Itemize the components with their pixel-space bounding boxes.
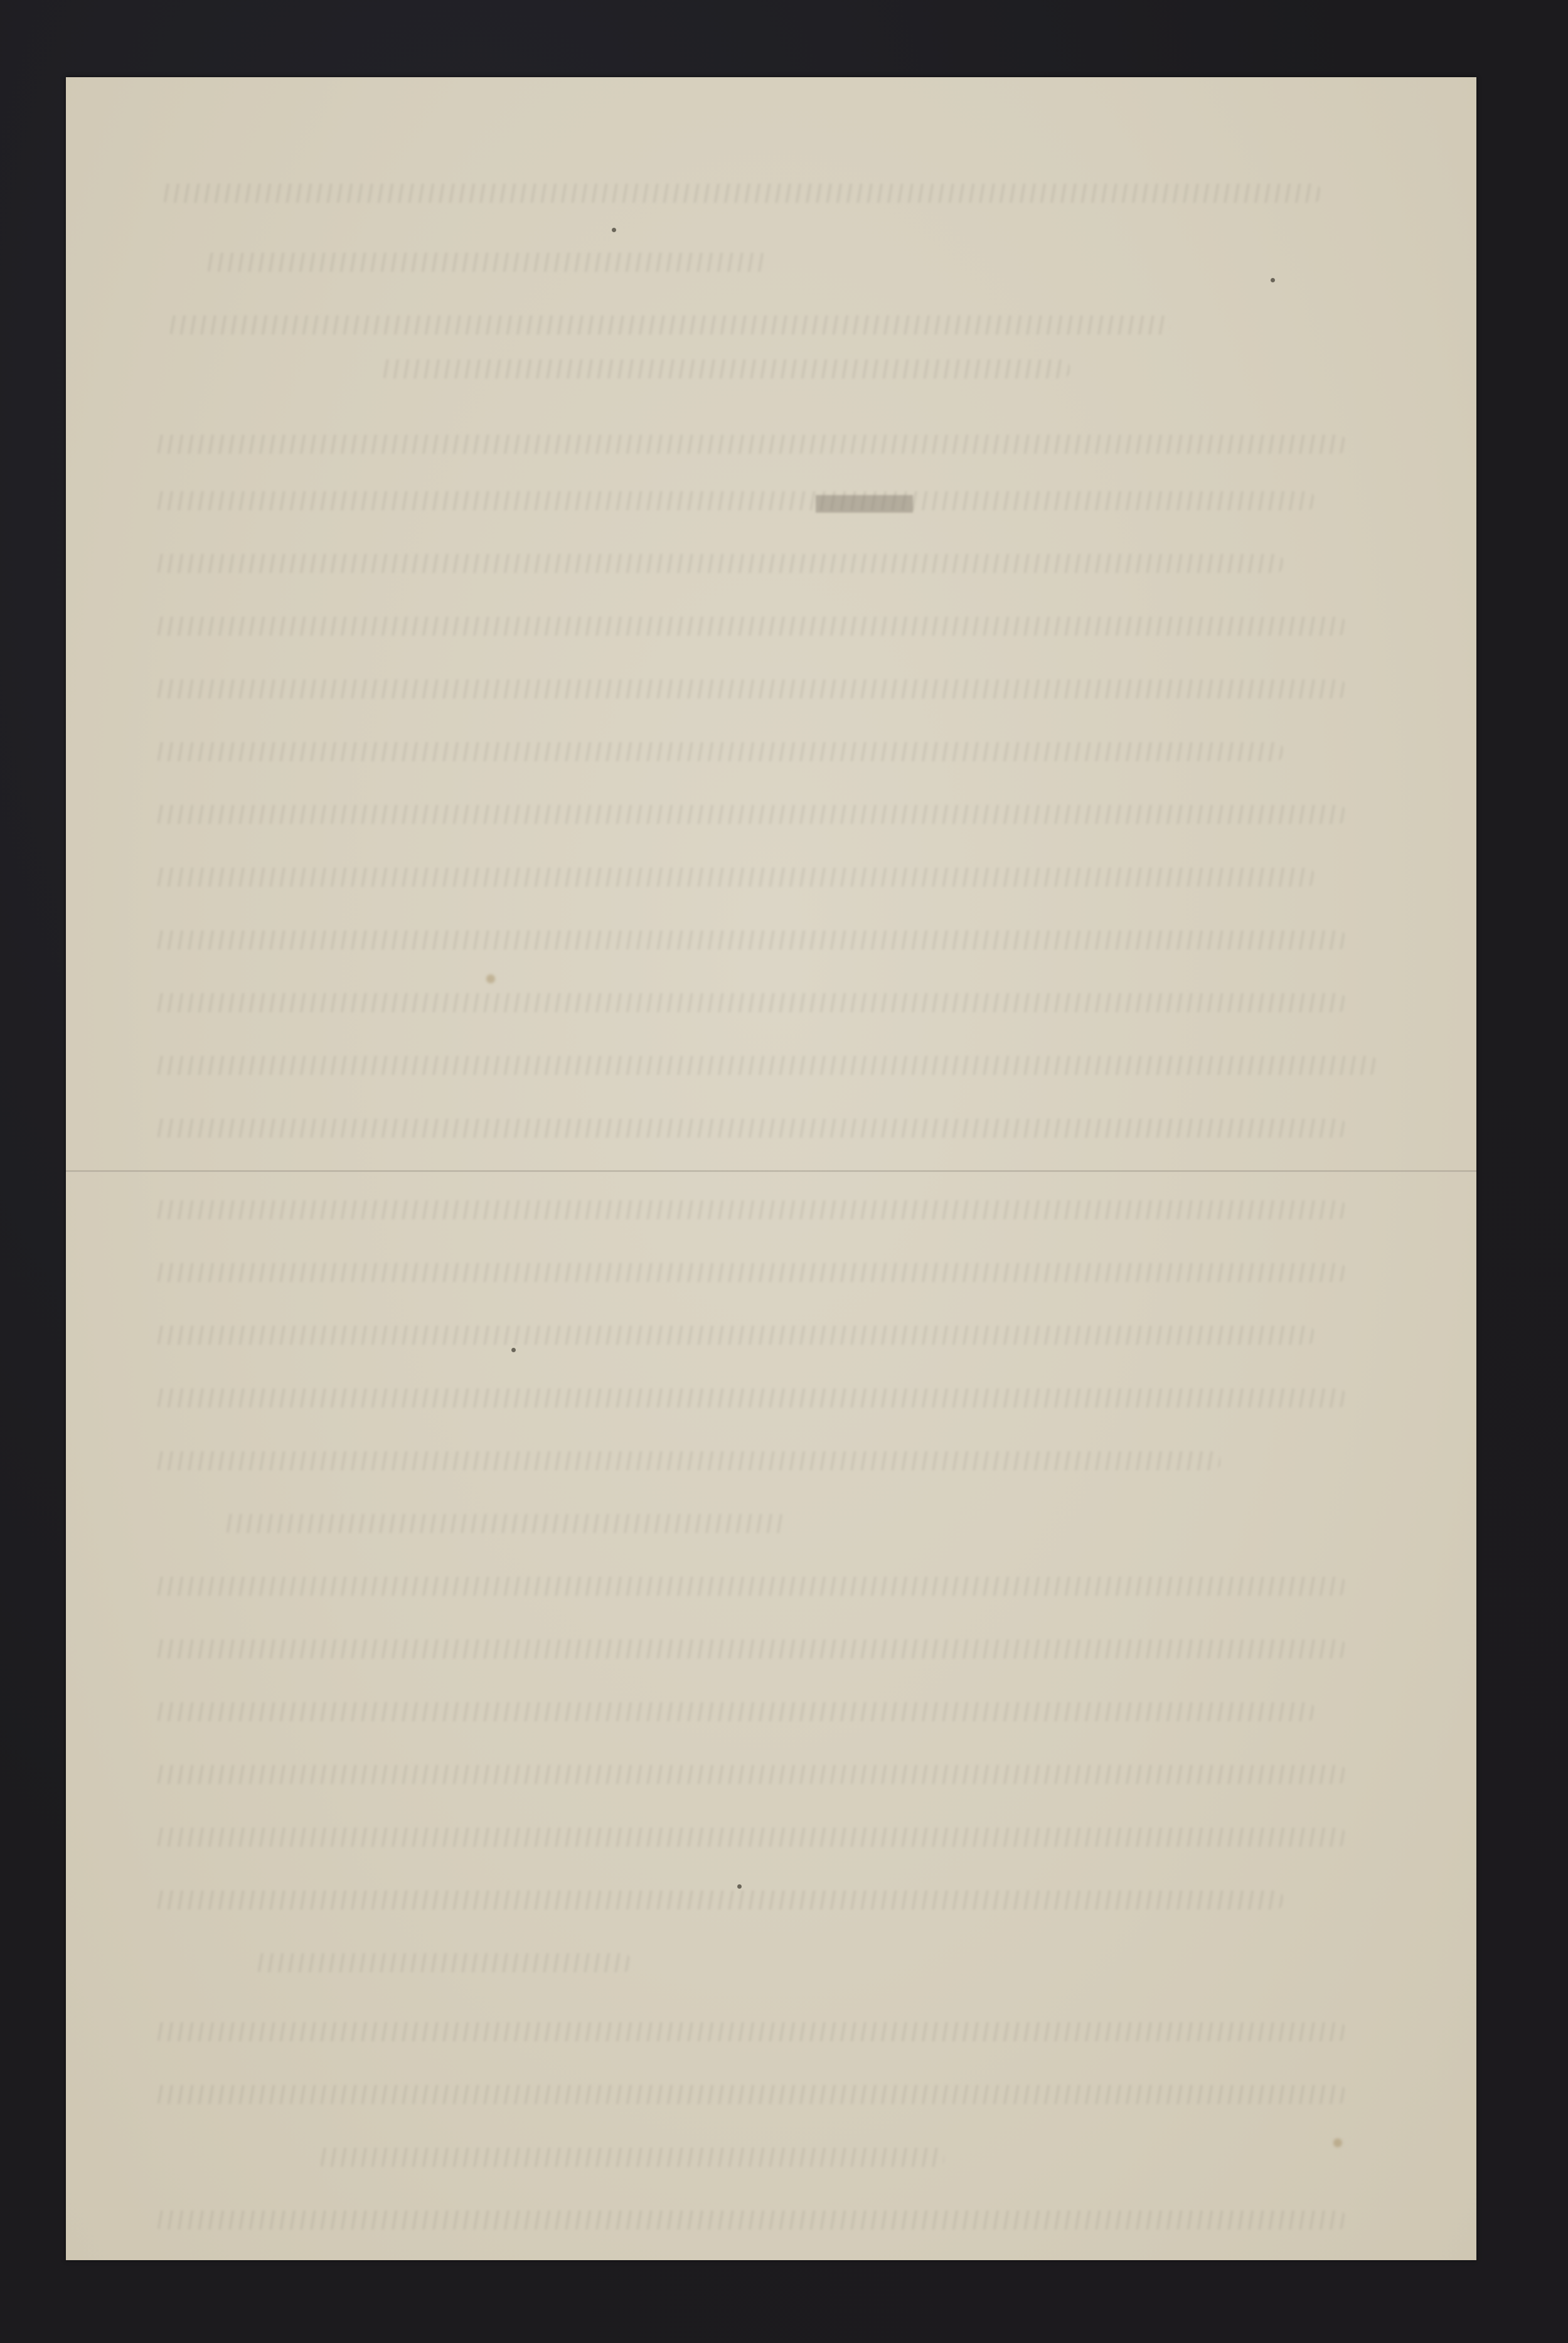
bleed-through-line — [154, 805, 1346, 824]
bleed-through-line — [154, 1891, 1283, 1909]
ink-speck — [612, 228, 616, 232]
foxing-stain — [1333, 2138, 1342, 2147]
page-description: Blank side of a folded handwritten lette… — [66, 77, 67, 78]
ink-speck — [511, 1348, 516, 1352]
bleed-through-line — [154, 1056, 1377, 1075]
bleed-through-line — [154, 2211, 1346, 2229]
bleed-through-line — [154, 680, 1346, 698]
bleed-through-line — [204, 253, 769, 272]
bleed-through-line — [154, 1828, 1346, 1847]
bleed-through-line — [154, 617, 1346, 636]
bleed-through-line — [154, 1326, 1315, 1345]
bleed-through-line — [154, 1263, 1346, 1282]
bleed-through-line — [154, 742, 1283, 761]
bleed-through-line — [160, 184, 1321, 203]
ink-speck — [737, 1884, 742, 1889]
bleed-through-mark — [816, 495, 913, 513]
bleed-through-line — [154, 1389, 1346, 1407]
bleed-through-line — [154, 554, 1283, 573]
ink-speck — [1271, 278, 1275, 282]
bleed-through-line — [154, 1200, 1346, 1219]
bleed-through-line — [154, 931, 1346, 949]
fold-crease — [66, 1170, 1476, 1172]
bleed-through-line — [154, 2022, 1346, 2041]
bleed-through-line — [380, 360, 1070, 378]
bleed-through-line — [154, 993, 1346, 1012]
bleed-through-line — [154, 2085, 1346, 2104]
bleed-through-line — [154, 491, 1315, 510]
bleed-through-line — [154, 868, 1315, 887]
bleed-through-line — [154, 435, 1346, 454]
bleed-through-line — [154, 1577, 1346, 1596]
bleed-through-line — [154, 1451, 1220, 1470]
bleed-through-line — [154, 1702, 1315, 1721]
bleed-through-line — [154, 1640, 1346, 1658]
bleed-through-line — [223, 1514, 787, 1533]
bleed-through-line — [154, 1119, 1346, 1138]
bleed-through-line — [154, 1765, 1346, 1784]
bleed-through-line — [317, 2148, 944, 2167]
bleed-through-line — [166, 316, 1170, 334]
document-page: Blank side of a folded handwritten lette… — [66, 77, 1476, 2260]
bleed-through-line — [254, 1953, 631, 1972]
foxing-stain — [486, 974, 495, 983]
